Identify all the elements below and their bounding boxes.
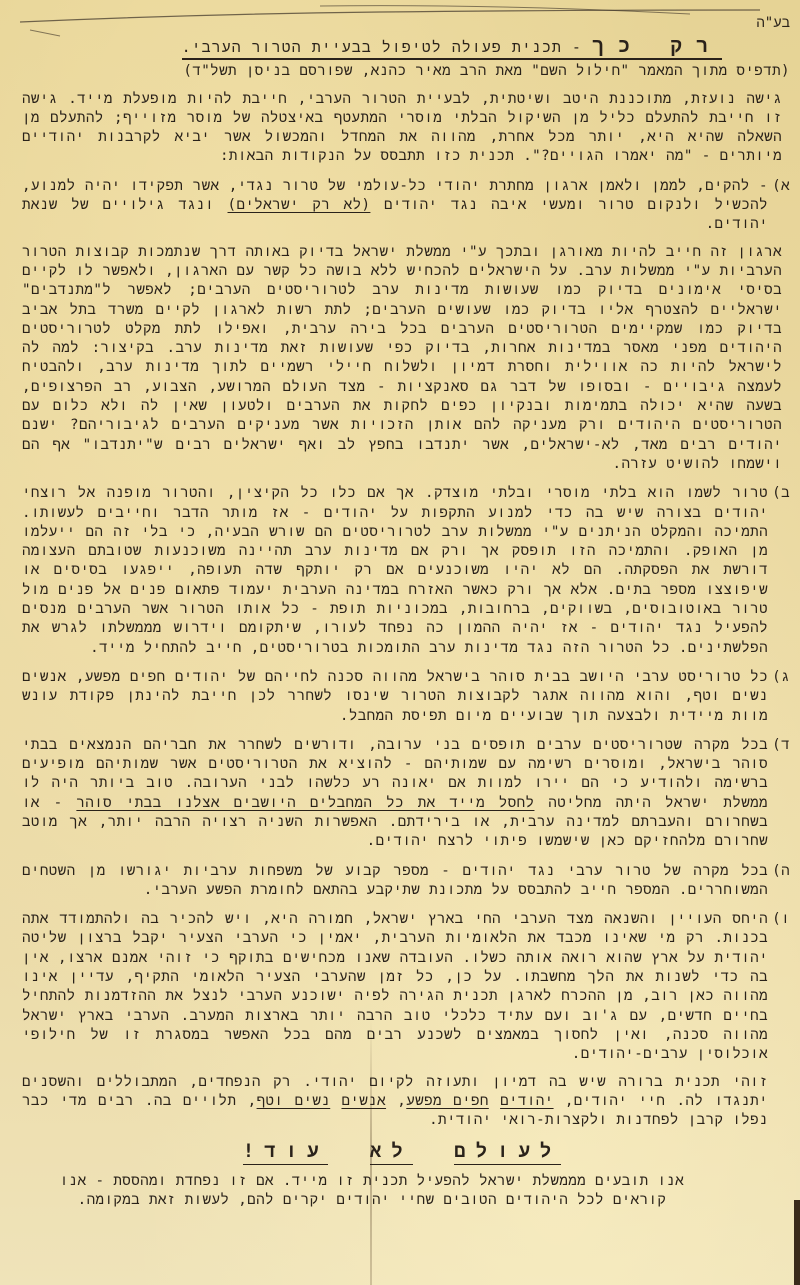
subtitle: (תדפיס מתוך המאמר "חילול השם" מאת הרב מא… xyxy=(22,62,790,81)
section-a-followup: ארגון זה חייב להיות מאורגן ובתכך ע"י ממש… xyxy=(22,243,782,475)
section-b: ב) טרור לשמו הוא בלתי מוסרי ובלתי מוצדק.… xyxy=(22,484,782,658)
summary-underline: אנשים xyxy=(341,1093,386,1109)
section-marker: ה) xyxy=(772,862,790,881)
section-d: ד) בכל מקרה שטרוריסטים ערבים תופסים בני … xyxy=(22,736,782,852)
intro-paragraph: גישה נועזת, מתוכננת היטב ושיטתית, לבעיית… xyxy=(22,90,782,167)
section-marker: א) xyxy=(772,177,790,196)
closing-slogan: לעולם לא עוד! xyxy=(22,1142,782,1161)
section-marker: ו) xyxy=(772,910,790,929)
section-c: ג) כל טרוריסט ערבי היושב בבית סוהר בישרא… xyxy=(22,668,782,726)
paper-edge xyxy=(794,1200,800,1285)
slogan-word: עוד! xyxy=(243,1140,329,1165)
section-f: ו) היחס העויין והשנאה מצד הערבי החי בארץ… xyxy=(22,910,782,1064)
section-text: בכל מקרה של טרור ערבי נגד יהודים - מספר … xyxy=(22,863,768,898)
section-text: כל טרוריסט ערבי היושב בבית סוהר בישראל מ… xyxy=(22,669,768,724)
section-marker: ב) xyxy=(772,484,790,503)
section-underlined: לחסל מייד את כל המחבלים היושבים אצלנו בב… xyxy=(76,795,534,811)
closing-paragraph: אנו תובעים מממשלת ישראל להפעיל תכנית זו … xyxy=(52,1172,692,1211)
summary-underline: נשים וטף xyxy=(257,1093,331,1109)
section-e: ה) בכל מקרה של טרור ערבי נגד יהודים - מס… xyxy=(22,862,782,901)
summary-underline: חפים מפשע xyxy=(406,1093,489,1109)
document-body: רק כך - תכנית פעולה לטיפול בבעיית הטרור … xyxy=(22,20,782,1210)
title-text: תכנית פעולה לטיפול בבעיית הטרור הערבי. xyxy=(182,38,562,56)
title-dash: - xyxy=(572,38,582,56)
document-title: רק כך - תכנית פעולה לטיפול בבעיית הטרור … xyxy=(182,36,722,60)
title-big: רק כך xyxy=(592,33,722,57)
section-underlined: (לא רק ישראלים) xyxy=(228,197,371,213)
section-text: טרור לשמו הוא בלתי מוסרי ובלתי מוצדק. אך… xyxy=(22,485,768,655)
section-marker: ד) xyxy=(772,736,790,755)
summary-paragraph: זוהי תכנית ברורה שיש בה דמיון ותעוזה לקי… xyxy=(22,1073,782,1131)
slogan-word: לעולם xyxy=(454,1140,561,1165)
section-text: היחס העויין והשנאה מצד הערבי החי בארץ יש… xyxy=(22,911,768,1062)
section-marker: ג) xyxy=(772,668,790,687)
section-a: א) - להקים, לממן ולאמן ארגון מחתרת יהודי… xyxy=(22,177,782,235)
slogan-word: לא xyxy=(370,1140,413,1165)
summary-underline: יהודים xyxy=(500,1093,553,1109)
